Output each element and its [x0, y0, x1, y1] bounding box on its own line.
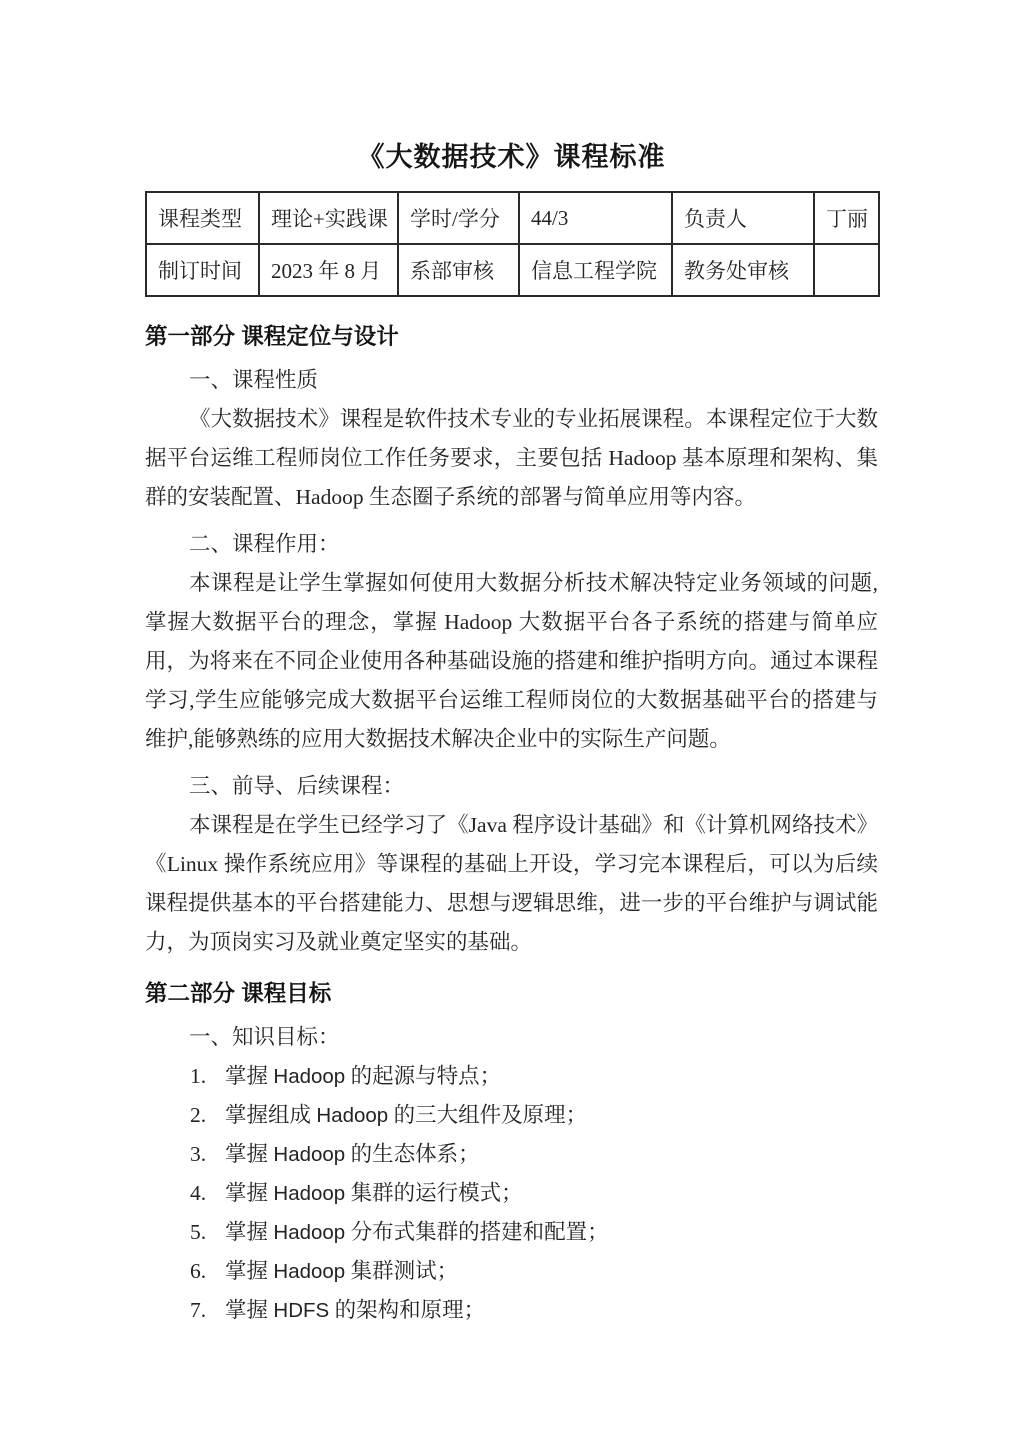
part2-heading: 第二部分 课程目标 [145, 978, 878, 1010]
list-item-number: 4. [190, 1174, 225, 1213]
document-page: 《大数据技术》课程标准 课程类型 理论+实践课 学时/学分 44/3 负责人 丁… [0, 0, 1024, 1448]
info-table-row-1: 课程类型 理论+实践课 学时/学分 44/3 负责人 丁丽 [146, 192, 879, 244]
cell-date-label: 制订时间 [146, 244, 259, 296]
list-item-text: 集群测试； [345, 1259, 458, 1283]
cell-dept-review-label: 系部审核 [398, 244, 519, 296]
list-item-text: 的起源与特点； [345, 1064, 501, 1088]
list-item: 2.掌握组成 Hadoop 的三大组件及原理； [145, 1096, 878, 1135]
document-title: 《大数据技术》课程标准 [145, 141, 878, 173]
list-item-text: 分布式集群的搭建和配置； [345, 1220, 608, 1244]
list-item-text: 集群的运行模式； [345, 1181, 522, 1205]
course-info-table: 课程类型 理论+实践课 学时/学分 44/3 负责人 丁丽 制订时间 2023 … [145, 191, 880, 297]
list-item-text: 掌握 [225, 1181, 273, 1205]
list-item: 4.掌握 Hadoop 集群的运行模式； [145, 1174, 878, 1213]
list-item-text: 的三大组件及原理； [388, 1103, 587, 1127]
list-item-text: 掌握组成 [225, 1103, 316, 1127]
list-item-latin: Hadoop [273, 1260, 345, 1283]
cell-date-value: 2023 年 8 月 [259, 244, 398, 296]
cell-leader-label: 负责人 [672, 192, 814, 244]
list-item: 6.掌握 Hadoop 集群测试； [145, 1252, 878, 1291]
part1-section2-paragraph: 本课程是让学生掌握如何使用大数据分析技术解决特定业务领域的问题,掌握大数据平台的… [145, 564, 878, 759]
cell-course-type-value: 理论+实践课 [259, 192, 398, 244]
cell-course-type-label: 课程类型 [146, 192, 259, 244]
list-item-text: 掌握 [225, 1259, 273, 1283]
list-item-latin: Hadoop [273, 1143, 345, 1166]
list-item-latin: HDFS [273, 1299, 329, 1322]
list-item-text: 的生态体系； [345, 1142, 479, 1166]
list-item-number: 1. [190, 1057, 225, 1096]
cell-academic-review-label: 教务处审核 [672, 244, 814, 296]
part1-heading: 第一部分 课程定位与设计 [145, 321, 878, 353]
list-item-latin: Hadoop [273, 1065, 345, 1088]
list-item-text: 掌握 [225, 1298, 273, 1322]
knowledge-goal-list: 1.掌握 Hadoop 的起源与特点； 2.掌握组成 Hadoop 的三大组件及… [145, 1057, 878, 1330]
list-item-latin: Hadoop [273, 1182, 345, 1205]
list-item: 5.掌握 Hadoop 分布式集群的搭建和配置； [145, 1213, 878, 1252]
list-item-number: 5. [190, 1213, 225, 1252]
part1-section3-paragraph: 本课程是在学生已经学习了《Java 程序设计基础》和《计算机网络技术》《Linu… [145, 806, 878, 962]
part1-section3-heading: 三、前导、后续课程： [145, 767, 878, 806]
list-item: 7.掌握 HDFS 的架构和原理； [145, 1291, 878, 1330]
part1-section1-paragraph: 《大数据技术》课程是软件技术专业的专业拓展课程。本课程定位于大数据平台运维工程师… [145, 400, 878, 517]
list-item-latin: Hadoop [316, 1104, 388, 1127]
list-item-number: 2. [190, 1096, 225, 1135]
list-item-number: 7. [190, 1291, 225, 1330]
list-item-number: 3. [190, 1135, 225, 1174]
part2-knowledge-goals-heading: 一、知识目标： [145, 1018, 878, 1057]
list-item-text: 掌握 [225, 1220, 273, 1244]
cell-leader-value: 丁丽 [814, 192, 879, 244]
cell-hours-credits-label: 学时/学分 [398, 192, 519, 244]
list-item-text: 掌握 [225, 1064, 273, 1088]
list-item-text: 掌握 [225, 1142, 273, 1166]
info-table-row-2: 制订时间 2023 年 8 月 系部审核 信息工程学院 教务处审核 [146, 244, 879, 296]
list-item-number: 6. [190, 1252, 225, 1291]
list-item: 3.掌握 Hadoop 的生态体系； [145, 1135, 878, 1174]
part1-section2-heading: 二、课程作用： [145, 525, 878, 564]
list-item-text: 的架构和原理； [329, 1298, 485, 1322]
part1-section1-heading: 一、课程性质 [145, 361, 878, 400]
cell-hours-credits-value: 44/3 [519, 192, 672, 244]
cell-academic-review-empty [814, 244, 879, 296]
list-item-latin: Hadoop [273, 1221, 345, 1244]
cell-dept-review-value: 信息工程学院 [519, 244, 672, 296]
list-item: 1.掌握 Hadoop 的起源与特点； [145, 1057, 878, 1096]
